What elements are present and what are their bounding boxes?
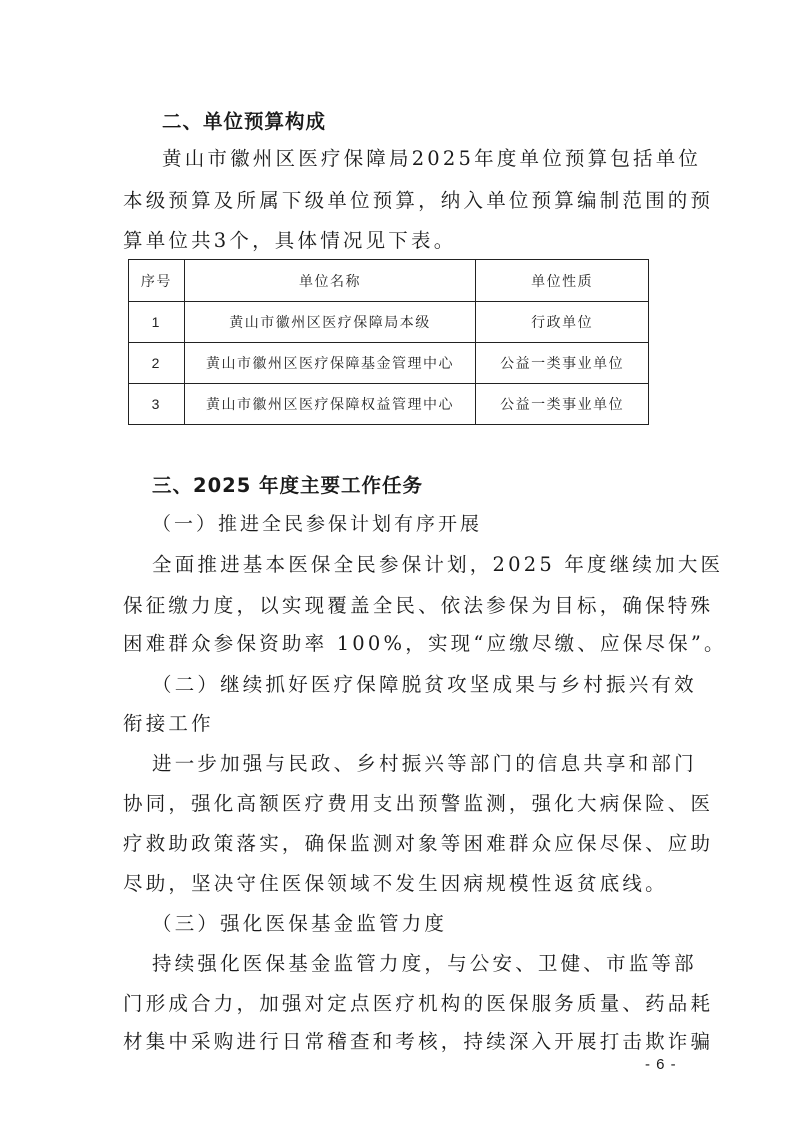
budget-units-table: 序号 单位名称 单位性质 1 黄山市徽州区医疗保障局本级 行政单位 2 黄山市徽… bbox=[128, 259, 649, 425]
paragraph-line: 疗救助政策落实，确保监测对象等困难群众应保尽保、应助 bbox=[123, 832, 713, 856]
page-number: - 6 - bbox=[645, 1056, 677, 1073]
paragraph-line: 协同，强化高额医疗费用支出预警监测，强化大病保险、医 bbox=[123, 792, 713, 816]
paragraph-line: 全面推进基本医保全民参保计划，2025 年度继续加大医 bbox=[152, 553, 723, 577]
paragraph-line: 困难群众参保资助率 100%，实现“应缴尽缴、应保尽保”。 bbox=[123, 632, 727, 656]
subsection-title-2-cont: 衔接工作 bbox=[123, 712, 214, 736]
subsection-title-2: （二）继续抓好医疗保障脱贫攻坚成果与乡村振兴有效 bbox=[152, 673, 697, 697]
cell-index: 2 bbox=[129, 343, 185, 384]
document-page: 二、单位预算构成 黄山市徽州区医疗保障局2025年度单位预算包括单位 本级预算及… bbox=[0, 0, 793, 1122]
cell-index: 3 bbox=[129, 384, 185, 425]
subsection-title-3: （三）强化医保基金监管力度 bbox=[152, 912, 447, 936]
cell-unit-type: 行政单位 bbox=[476, 302, 649, 343]
cell-unit-name: 黄山市徽州区医疗保障局本级 bbox=[184, 302, 476, 343]
header-index: 序号 bbox=[129, 260, 185, 302]
paragraph-line: 保征缴力度，以实现覆盖全民、依法参保为目标，确保特殊 bbox=[123, 594, 713, 618]
subsection-title-1: （一）推进全民参保计划有序开展 bbox=[152, 512, 482, 536]
section-heading-unit-budget: 二、单位预算构成 bbox=[162, 110, 326, 134]
paragraph-line: 进一步加强与民政、乡村振兴等部门的信息共享和部门 bbox=[152, 752, 697, 776]
table-row: 2 黄山市徽州区医疗保障基金管理中心 公益一类事业单位 bbox=[129, 343, 649, 384]
header-unit-name: 单位名称 bbox=[184, 260, 476, 302]
paragraph-line: 算单位共3个，具体情况见下表。 bbox=[123, 229, 456, 253]
cell-unit-name: 黄山市徽州区医疗保障基金管理中心 bbox=[184, 343, 476, 384]
paragraph-line: 黄山市徽州区医疗保障局2025年度单位预算包括单位 bbox=[162, 147, 701, 171]
section-heading-main-tasks: 三、2025 年度主要工作任务 bbox=[152, 474, 423, 498]
paragraph-line: 持续强化医保基金监管力度，与公安、卫健、市监等部 bbox=[152, 952, 697, 976]
cell-index: 1 bbox=[129, 302, 185, 343]
paragraph-line: 本级预算及所属下级单位预算，纳入单位预算编制范围的预 bbox=[123, 189, 713, 213]
cell-unit-type: 公益一类事业单位 bbox=[476, 343, 649, 384]
table-row: 1 黄山市徽州区医疗保障局本级 行政单位 bbox=[129, 302, 649, 343]
paragraph-line: 门形成合力，加强对定点医疗机构的医保服务质量、药品耗 bbox=[123, 992, 713, 1016]
table-header-row: 序号 单位名称 单位性质 bbox=[129, 260, 649, 302]
header-unit-type: 单位性质 bbox=[476, 260, 649, 302]
paragraph-line: 尽助，坚决守住医保领域不发生因病规模性返贫底线。 bbox=[123, 872, 668, 896]
cell-unit-type: 公益一类事业单位 bbox=[476, 384, 649, 425]
table-row: 3 黄山市徽州区医疗保障权益管理中心 公益一类事业单位 bbox=[129, 384, 649, 425]
paragraph-line: 材集中采购进行日常稽查和考核，持续深入开展打击欺诈骗 bbox=[123, 1030, 713, 1054]
cell-unit-name: 黄山市徽州区医疗保障权益管理中心 bbox=[184, 384, 476, 425]
